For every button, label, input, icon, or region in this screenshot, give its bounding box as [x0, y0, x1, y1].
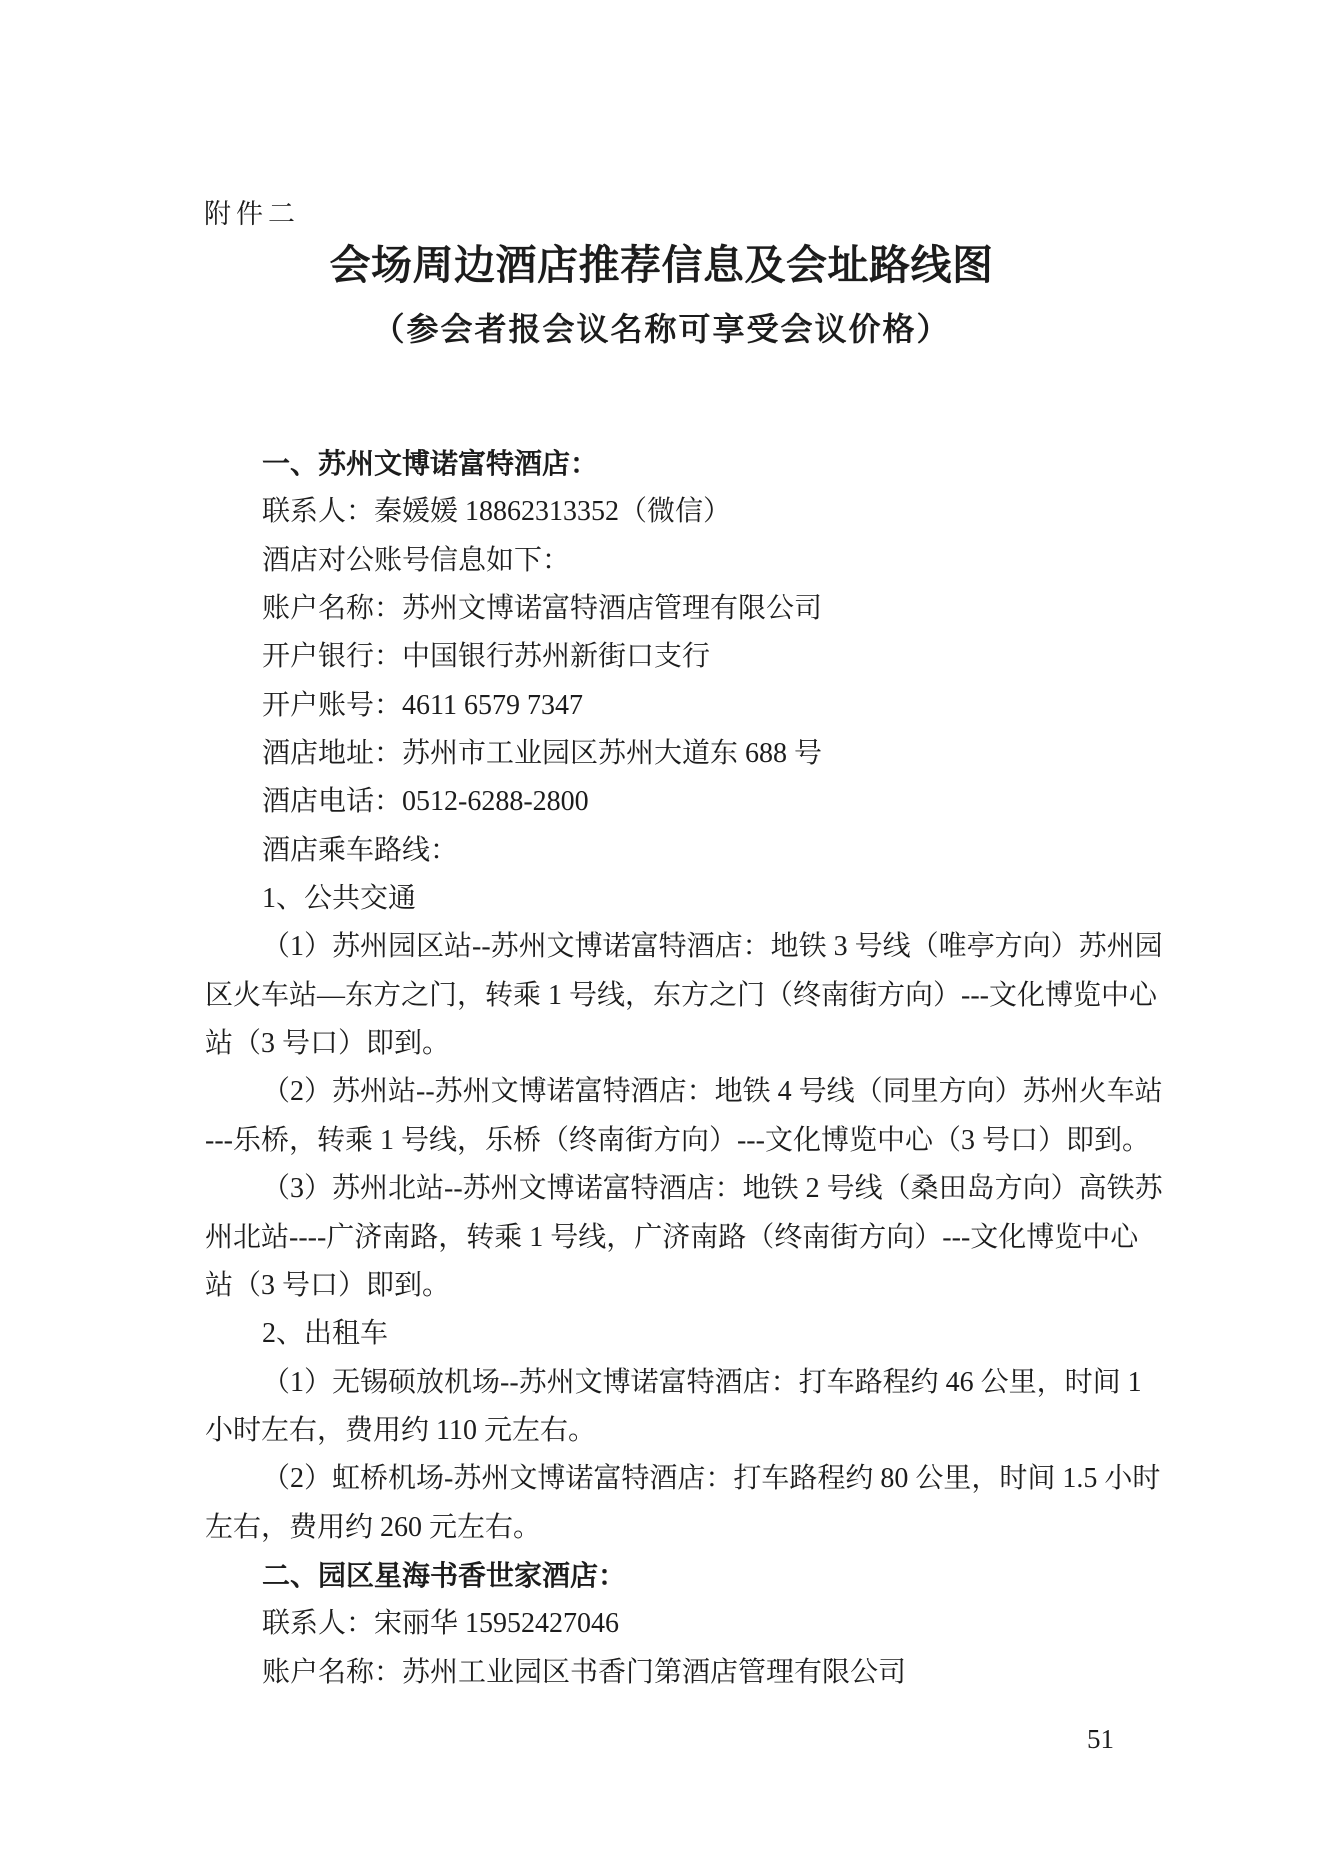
body-line: 站（3 号口）即到。: [205, 1262, 1116, 1310]
body-line: 联系人：秦媛媛 18862313352（微信）: [205, 488, 1116, 536]
section-heading: 一、苏州文博诺富特酒店：: [205, 440, 1116, 488]
body-line: 开户银行：中国银行苏州新街口支行: [205, 633, 1116, 681]
body-line: 账户名称：苏州工业园区书香门第酒店管理有限公司: [205, 1649, 1116, 1697]
body-line: 小时左右，费用约 110 元左右。: [205, 1407, 1116, 1455]
document-page: 附件二 会场周边酒店推荐信息及会址路线图 （参会者报会议名称可享受会议价格） 一…: [0, 0, 1323, 1871]
section-heading: 二、园区星海书香世家酒店：: [205, 1552, 1116, 1600]
page-title: 会场周边酒店推荐信息及会址路线图: [0, 242, 1323, 289]
body-line: 区火车站—东方之门，转乘 1 号线，东方之门（终南街方向）---文化博览中心: [205, 972, 1116, 1020]
body-line: （2）苏州站--苏州文博诺富特酒店：地铁 4 号线（同里方向）苏州火车站: [205, 1068, 1116, 1116]
body-line: 1、公共交通: [205, 875, 1116, 923]
body-line: 站（3 号口）即到。: [205, 1020, 1116, 1068]
body-line: 开户账号：4611 6579 7347: [205, 682, 1116, 730]
body-line: 账户名称：苏州文博诺富特酒店管理有限公司: [205, 585, 1116, 633]
body-line: ---乐桥，转乘 1 号线，乐桥（终南街方向）---文化博览中心（3 号口）即到…: [205, 1117, 1116, 1165]
body-line: （2）虹桥机场-苏州文博诺富特酒店：打车路程约 80 公里，时间 1.5 小时: [205, 1455, 1116, 1503]
body-line: 联系人：宋丽华 15952427046: [205, 1600, 1116, 1648]
body-line: 州北站----广济南路，转乘 1 号线，广济南路（终南街方向）---文化博览中心: [205, 1214, 1116, 1262]
body-line: （3）苏州北站--苏州文博诺富特酒店：地铁 2 号线（桑田岛方向）高铁苏: [205, 1165, 1116, 1213]
body-line: （1）苏州园区站--苏州文博诺富特酒店：地铁 3 号线（唯亭方向）苏州园: [205, 923, 1116, 971]
body-line: 2、出租车: [205, 1310, 1116, 1358]
body-line: 酒店电话：0512-6288-2800: [205, 778, 1116, 826]
body-line: （1）无锡硕放机场--苏州文博诺富特酒店：打车路程约 46 公里，时间 1: [205, 1359, 1116, 1407]
page-subtitle: （参会者报会议名称可享受会议价格）: [0, 311, 1323, 348]
body-line: 左右，费用约 260 元左右。: [205, 1504, 1116, 1552]
document-body: 一、苏州文博诺富特酒店：联系人：秦媛媛 18862313352（微信）酒店对公账…: [205, 440, 1116, 1697]
attachment-label: 附件二: [204, 201, 300, 228]
body-line: 酒店对公账号信息如下：: [205, 537, 1116, 585]
body-line: 酒店乘车路线：: [205, 827, 1116, 875]
page-number: 51: [1087, 1726, 1114, 1753]
body-line: 酒店地址：苏州市工业园区苏州大道东 688 号: [205, 730, 1116, 778]
